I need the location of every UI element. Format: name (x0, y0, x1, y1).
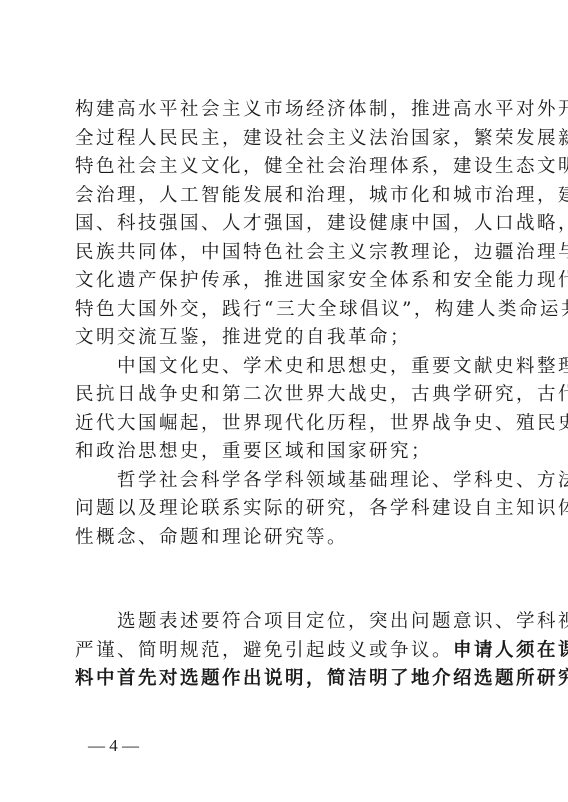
text-line: 全过程人民民主，建设社会主义法治国家，繁荣发展新时代中国 (75, 125, 499, 153)
text-line-bold: 料中首先对选题作出说明，简洁明了地介绍选题所研究的核心问 (75, 665, 499, 693)
text-line: 哲学社会科学各学科领域基础理论、学科史、方法论、前沿 (75, 467, 499, 495)
text-line: 性概念、命题和理论研究等。 (75, 524, 499, 552)
text-line: 中国文化史、学术史和思想史，重要文献史料整理，中国人 (75, 353, 499, 381)
text-line: 文明交流互鉴，推进党的自我革命； (75, 324, 499, 352)
page-number: — 4 — (88, 736, 139, 756)
text-line: 会治理，人工智能发展和治理，城市化和城市治理，建设教育强 (75, 182, 499, 210)
normal-text: 严谨、简明规范，避免引起歧义或争议。 (75, 640, 453, 661)
text-line: 严谨、简明规范，避免引起歧义或争议。申请人须在课题论证材 (75, 637, 499, 665)
text-line: 特色大国外交，践行“三大全球倡议”，构建人类命运共同体， (75, 296, 499, 324)
text-line: 近代大国崛起，世界现代化历程，世界战争史、殖民史、宗教史 (75, 410, 499, 438)
text-line: 文化遗产保护传承，推进国家安全体系和安全能力现代化，中国 (75, 267, 499, 295)
text-line: 选题表述要符合项目定位，突出问题意识、学科视角，科学 (75, 608, 499, 636)
text-line: 民族共同体，中国特色社会主义宗教理论，边疆治理与边疆史， (75, 239, 499, 267)
bold-text: 申请人须在课题论证材 (453, 640, 568, 661)
document-page: 构建高水平社会主义市场经济体制，推进高水平对外开放，发展 全过程人民民主，建设社… (0, 0, 568, 802)
text-line: 特色社会主义文化，健全社会治理体系，建设生态文明，数智社 (75, 153, 499, 181)
text-line: 民抗日战争史和第二次世界大战史，古典学研究，古代文明起源， (75, 381, 499, 409)
text-line: 和政治思想史，重要区域和国家研究； (75, 438, 499, 466)
text-line: 构建高水平社会主义市场经济体制，推进高水平对外开放，发展 (75, 96, 499, 124)
text-line: 问题以及理论联系实际的研究，各学科建设自主知识体系的原创 (75, 495, 499, 523)
text-line: 国、科技强国、人才强国，建设健康中国，人口战略，建设中华 (75, 210, 499, 238)
